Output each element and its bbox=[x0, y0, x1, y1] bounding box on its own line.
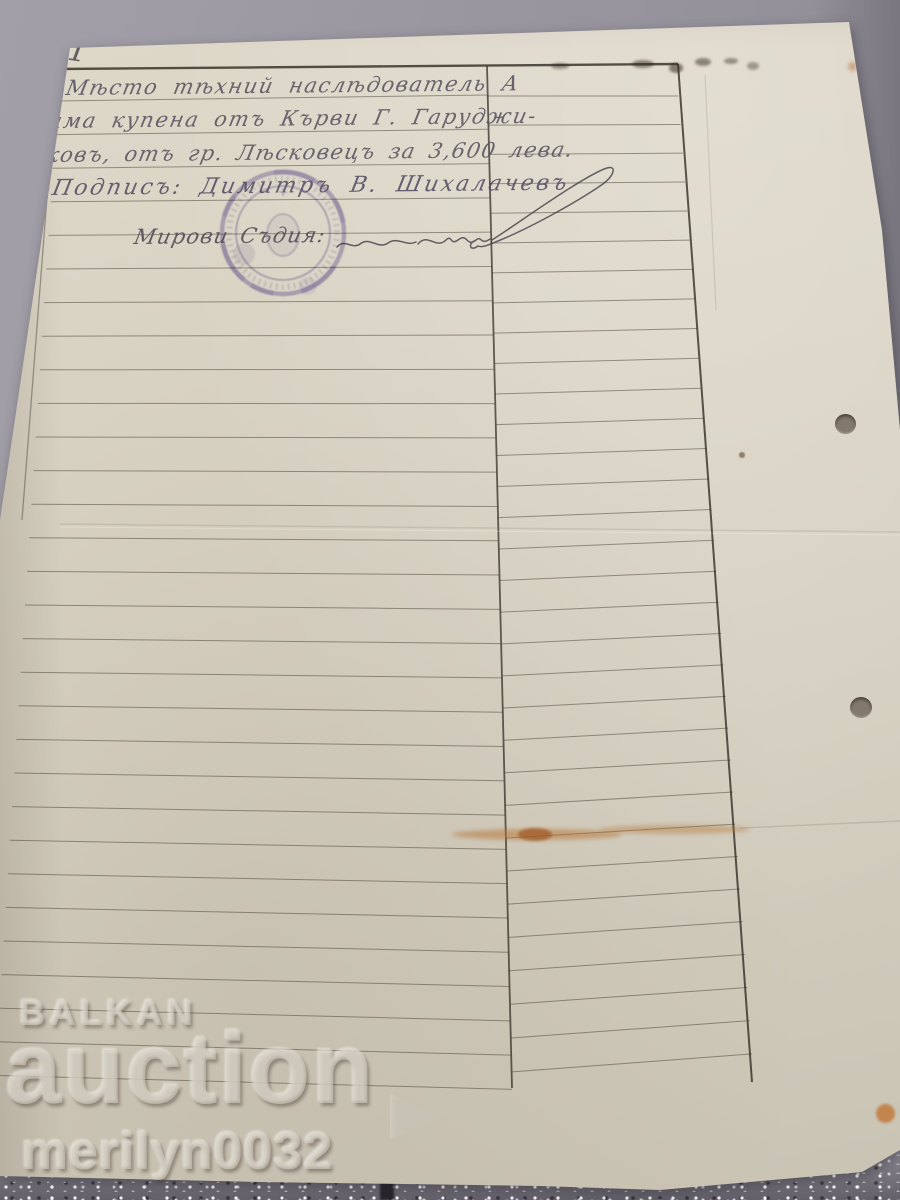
rust-stain-spot bbox=[848, 62, 857, 71]
photo-frame: 1 Мѣсто тѣхний наслѣдователь А има купен… bbox=[0, 0, 900, 1200]
rust-stain-spot bbox=[876, 1104, 895, 1123]
punch-hole bbox=[850, 697, 872, 718]
watermark-username: merilyn0032 bbox=[22, 1122, 334, 1182]
handwriting-line-1: Мѣсто тѣхний наслѣдователь А bbox=[64, 71, 522, 100]
watermark-brand-main: auction bbox=[6, 1012, 376, 1127]
rust-stain-band bbox=[600, 825, 750, 834]
rust-stain-spot bbox=[518, 828, 552, 841]
rust-stain-spot bbox=[739, 452, 745, 458]
table-borders bbox=[22, 64, 752, 1088]
punch-hole bbox=[835, 414, 856, 434]
handwriting-line-5-judge-label: Мирови Съдия: bbox=[132, 223, 328, 249]
